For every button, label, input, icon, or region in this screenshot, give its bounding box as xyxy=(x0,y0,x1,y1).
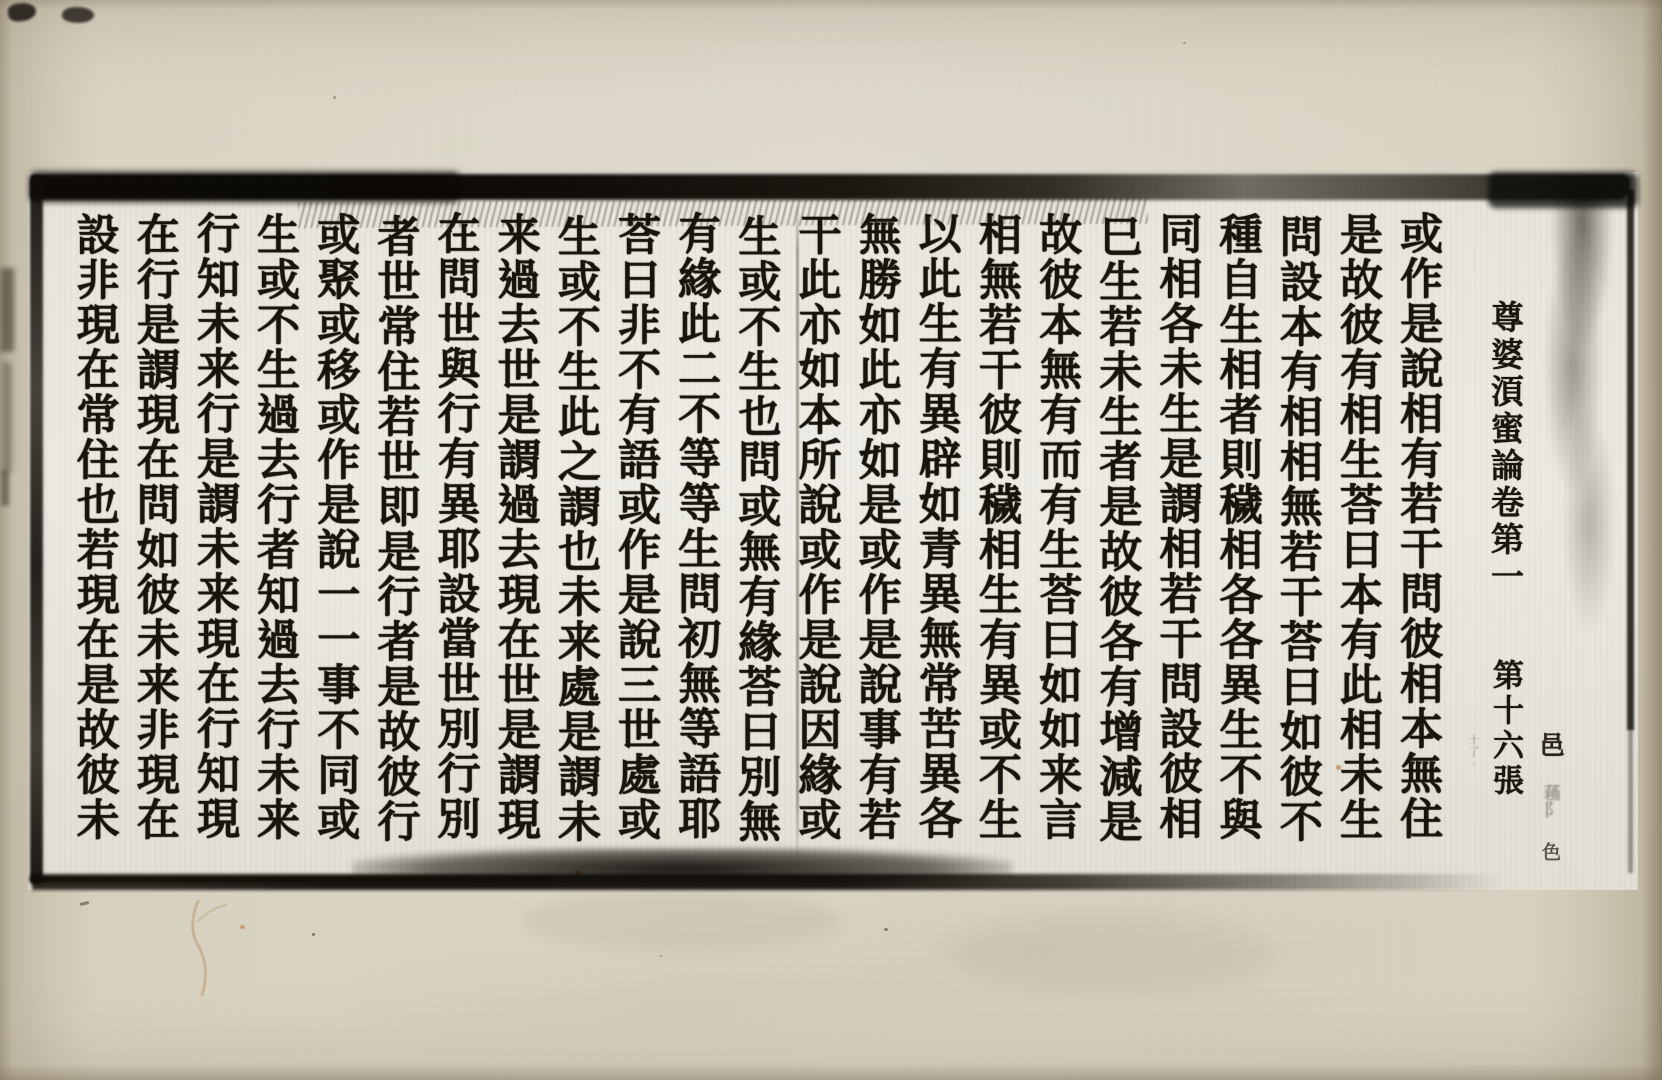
page-edge-shadow-top xyxy=(0,0,1662,10)
text-column: 種自生相者則穢相各各異生不與 xyxy=(1207,212,1267,862)
text-column: 巳生若未生者是故彼各有增減是 xyxy=(1087,214,1147,864)
text-column: 生或不生也問或無有緣荅曰別無 xyxy=(726,214,786,864)
text-column: 有緣此二不等等生問初無等語耶 xyxy=(666,211,726,861)
text-column: 在問世與行有異耶設當世別行別 xyxy=(425,211,485,861)
ink-smudge-right-margin xyxy=(1546,178,1618,628)
scripture-title: 尊婆湏蜜論卷第一 xyxy=(1486,300,1525,596)
text-column: 者世常住若世即是行者是故彼行 xyxy=(365,214,425,864)
border-right-line-faded xyxy=(1628,728,1633,873)
text-columns: 或作是說相有若干問彼相本無住是故彼有相生荅曰本有此相未生問設本有相相無若干荅曰如… xyxy=(64,212,1448,862)
sheet-number: 第十六張 xyxy=(1487,659,1523,799)
case-mark-column: 邑 蘓阝 色 xyxy=(1535,732,1565,861)
text-column: 是故彼有相生荅曰本有此相未生 xyxy=(1328,212,1388,862)
marginal-scribble: 十了、 xyxy=(1465,734,1481,770)
border-bottom xyxy=(32,874,1502,890)
carver-marks-faint: 蘓阝 xyxy=(1540,784,1560,818)
page-edge-shadow-left xyxy=(0,0,12,1080)
ink-speck xyxy=(660,955,662,957)
text-column: 以此生有異辟如青異無常苦異各 xyxy=(907,211,967,861)
print-block: 或作是說相有若干問彼相本無住是故彼有相生荅曰本有此相未生問設本有相相無若干荅曰如… xyxy=(28,172,1638,890)
case-mark: 邑 xyxy=(1536,732,1565,757)
brown-squiggle-mark xyxy=(168,893,248,1003)
scanned-page: 或作是說相有若干問彼相本無住是故彼有相生荅曰本有此相未生問設本有相相無若干荅曰如… xyxy=(0,0,1662,1080)
ink-smudge-top-right-corner xyxy=(1488,172,1638,208)
ink-speck xyxy=(312,933,315,936)
carver-mark-bottom: 色 xyxy=(1539,842,1561,861)
border-right-line xyxy=(1627,190,1634,730)
paper-margin: 或作是說相有若干問彼相本無住是故彼有相生荅曰本有此相未生問設本有相相無若干荅曰如… xyxy=(0,0,1662,1080)
border-left xyxy=(30,176,43,884)
text-column: 問設本有相相無若干荅曰如彼不 xyxy=(1268,214,1328,864)
text-column: 行知未来行是謂未来現在行知現 xyxy=(185,211,245,861)
page-edge-shadow-bottom xyxy=(0,1064,1662,1080)
text-column: 来過去世是謂過去現在世是謂現 xyxy=(486,212,546,862)
ink-speck xyxy=(1183,42,1186,44)
ink-speck xyxy=(333,96,336,99)
text-column: 生或不生此之謂也未来處是謂未 xyxy=(546,214,606,864)
rust-fleck xyxy=(240,925,245,929)
text-column: 同相各未生是謂相若干問設彼相 xyxy=(1147,211,1207,861)
page-edge-shadow-right xyxy=(1642,0,1662,1080)
text-column: 在行是謂現在問如彼未来非現在 xyxy=(125,212,185,862)
text-column: 或作是說相有若干問彼相本無住 xyxy=(1388,211,1448,861)
border-top xyxy=(30,174,1630,200)
text-column: 生或不生過去行者知過去行未来 xyxy=(245,212,305,862)
brush-hatch-streaks xyxy=(298,198,1148,228)
ink-dash-mark xyxy=(80,901,89,906)
text-column: 設非現在常住也若現在是故彼未 xyxy=(64,212,124,862)
text-column: 故彼本無有而有生荅曰如如来言 xyxy=(1027,212,1087,862)
title-column: 尊婆湏蜜論卷第一 第十六張 xyxy=(1478,300,1532,880)
paper-stain xyxy=(950,915,1270,995)
text-column: 荅曰非不有語或作是說三世處或 xyxy=(606,212,666,862)
paper-stain xyxy=(520,892,840,950)
ink-speck xyxy=(884,928,888,931)
text-column: 相無若干彼則穢相生有異或不生 xyxy=(967,212,1027,862)
text-column: 無勝如此亦如是或作是說事有若 xyxy=(846,212,906,862)
text-column: 或聚或移或作是說一一事不同或 xyxy=(305,212,365,862)
text-column: 干此亦如本所說或作是說因緣或 xyxy=(786,212,846,862)
